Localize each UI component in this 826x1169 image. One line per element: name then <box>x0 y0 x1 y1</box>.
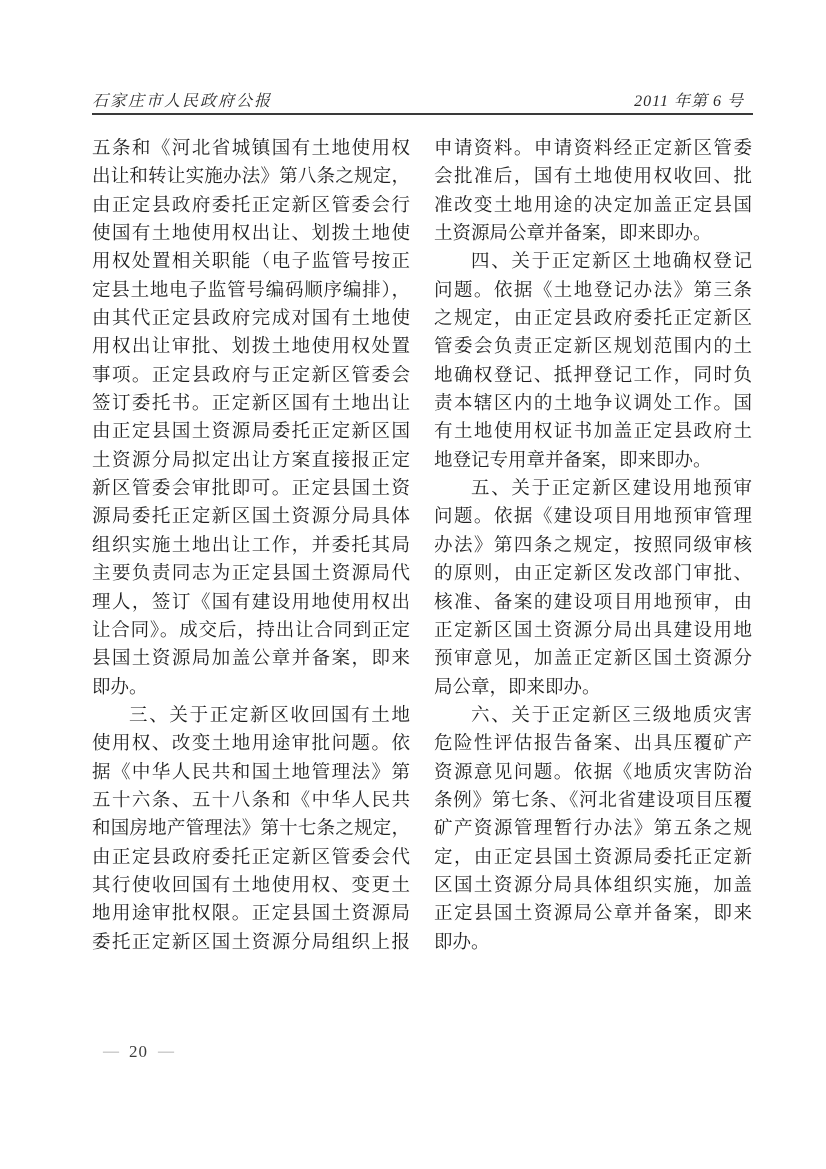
text-line: 矿产资源管理暂行办法》第五条之规 <box>434 815 752 843</box>
text-line: 用权处置相关职能（电子监管号按正 <box>92 248 410 276</box>
page-footer: — 20 — <box>103 1040 174 1064</box>
page-header: 石家庄市人民政府公报 2011 年第 6 号 <box>92 88 752 112</box>
right-column: 申请资料。申请资料经正定新区管委会批准后，国有土地使用权收回、批准改变土地用途的… <box>434 135 752 957</box>
text-line: 由正定县政府委托正定新区管委会行 <box>92 192 410 220</box>
text-line: 有土地使用权证书加盖正定县政府土 <box>434 418 752 446</box>
left-column: 五条和《河北省城镇国有土地使用权出让和转让实施办法》第八条之规定，由正定县政府委… <box>92 135 410 957</box>
text-line: 核准、备案的建设项目用地预审，由 <box>434 589 752 617</box>
text-line: 四、关于正定新区土地确权登记 <box>434 248 752 276</box>
document-body: 五条和《河北省城镇国有土地使用权出让和转让实施办法》第八条之规定，由正定县政府委… <box>92 135 752 957</box>
text-line: 由正定县国土资源局委托正定新区国 <box>92 418 410 446</box>
text-line: 事项。正定县政府与正定新区管委会 <box>92 362 410 390</box>
text-line: 组织实施土地出让工作，并委托其局 <box>92 532 410 560</box>
text-line: 准改变土地用途的决定加盖正定县国 <box>434 192 752 220</box>
text-line: 正定新区国土资源分局出具建设用地 <box>434 617 752 645</box>
text-line: 源局委托正定新区国土资源分局具体 <box>92 503 410 531</box>
text-line: 申请资料。申请资料经正定新区管委 <box>434 135 752 163</box>
publication-title: 石家庄市人民政府公报 <box>92 88 272 111</box>
text-line: 县国土资源局加盖公章并备案，即来 <box>92 645 410 673</box>
text-line: 签订委托书。正定新区国有土地出让 <box>92 390 410 418</box>
text-line: 五十六条、五十八条和《中华人民共 <box>92 787 410 815</box>
text-line: 五条和《河北省城镇国有土地使用权 <box>92 135 410 163</box>
text-line: 土资源局公章并备案，即来即办。 <box>434 220 752 248</box>
text-line: 和国房地产管理法》第十七条之规定， <box>92 815 410 843</box>
footer-dash-right: — <box>158 1043 174 1061</box>
text-line: 之规定，由正定县政府委托正定新区 <box>434 305 752 333</box>
text-line: 责本辖区内的土地争议调处工作。国 <box>434 390 752 418</box>
text-line: 主要负责同志为正定县国土资源局代 <box>92 560 410 588</box>
text-line: 的原则，由正定新区发改部门审批、 <box>434 560 752 588</box>
gazette-page: 石家庄市人民政府公报 2011 年第 6 号 五条和《河北省城镇国有土地使用权出… <box>0 0 826 1169</box>
text-line: 正定县国土资源局公章并备案，即来 <box>434 900 752 928</box>
text-line: 危险性评估报告备案、出具压覆矿产 <box>434 730 752 758</box>
header-rule <box>92 113 753 115</box>
text-line: 地用途审批权限。正定县国土资源局 <box>92 900 410 928</box>
text-line: 条例》第七条、《河北省建设项目压覆 <box>434 787 752 815</box>
text-line: 让合同》。成交后，持出让合同到正定 <box>92 617 410 645</box>
text-line: 即办。 <box>434 929 752 957</box>
text-line: 由正定县政府委托正定新区管委会代 <box>92 844 410 872</box>
text-line: 定县土地电子监管号编码顺序编排）， <box>92 277 410 305</box>
text-line: 理人，签订《国有建设用地使用权出 <box>92 589 410 617</box>
text-line: 地登记专用章并备案，即来即办。 <box>434 447 752 475</box>
text-line: 定，由正定县国土资源局委托正定新 <box>434 844 752 872</box>
footer-dash-left: — <box>103 1043 119 1061</box>
issue-number: 2011 年第 6 号 <box>634 88 744 111</box>
text-line: 会批准后，国有土地使用权收回、批 <box>434 163 752 191</box>
text-line: 办法》第四条之规定，按照同级审核 <box>434 532 752 560</box>
text-line: 局公章，即来即办。 <box>434 674 752 702</box>
text-line: 新区管委会审批即可。正定县国土资 <box>92 475 410 503</box>
text-line: 六、关于正定新区三级地质灾害 <box>434 702 752 730</box>
text-line: 预审意见，加盖正定新区国土资源分 <box>434 645 752 673</box>
text-line: 五、关于正定新区建设用地预审 <box>434 475 752 503</box>
text-line: 其行使收回国有土地使用权、变更土 <box>92 872 410 900</box>
text-line: 出让和转让实施办法》第八条之规定， <box>92 163 410 191</box>
page-number: 20 <box>129 1042 148 1062</box>
text-line: 使国有土地使用权出让、划拨土地使 <box>92 220 410 248</box>
text-line: 使用权、改变土地用途审批问题。依 <box>92 730 410 758</box>
text-line: 资源意见问题。依据《地质灾害防治 <box>434 759 752 787</box>
text-line: 三、关于正定新区收回国有土地 <box>92 702 410 730</box>
text-line: 据《中华人民共和国土地管理法》第 <box>92 759 410 787</box>
text-line: 用权出让审批、划拨土地使用权处置 <box>92 333 410 361</box>
text-line: 由其代正定县政府完成对国有土地使 <box>92 305 410 333</box>
text-line: 即办。 <box>92 674 410 702</box>
text-line: 地确权登记、抵押登记工作，同时负 <box>434 362 752 390</box>
text-line: 问题。依据《建设项目用地预审管理 <box>434 503 752 531</box>
text-line: 区国土资源分局具体组织实施，加盖 <box>434 872 752 900</box>
text-line: 土资源分局拟定出让方案直接报正定 <box>92 447 410 475</box>
text-line: 委托正定新区国土资源分局组织上报 <box>92 929 410 957</box>
text-line: 管委会负责正定新区规划范围内的土 <box>434 333 752 361</box>
text-line: 问题。依据《土地登记办法》第三条 <box>434 277 752 305</box>
